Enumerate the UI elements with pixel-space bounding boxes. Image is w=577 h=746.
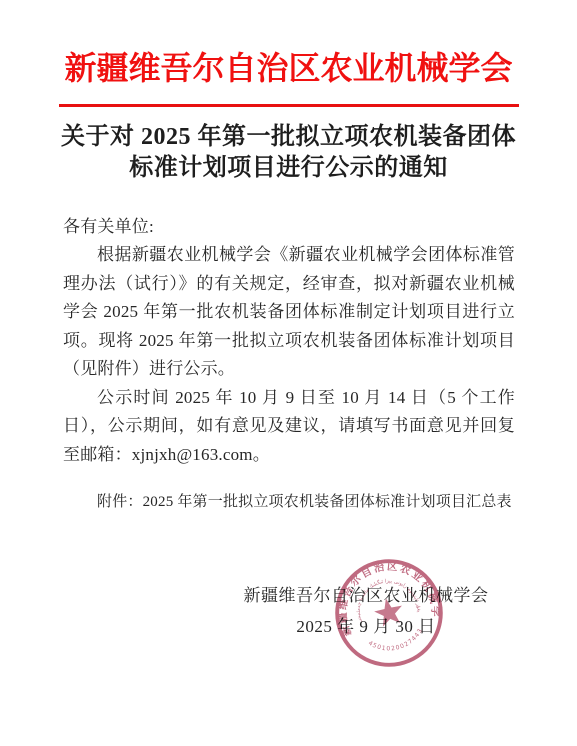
official-seal-stamp: 新疆维吾尔自治区农业机械学会 شىنجاڭ ئۇيغۇر ئاپتونوم را… (323, 547, 456, 680)
notice-body: 各有关单位: 根据新疆农业机械学会《新疆农业机械学会团体标准管理办法（试行）》的… (63, 213, 515, 470)
letterhead-rule (59, 104, 519, 107)
scanned-notice-page: { "document": { "letterhead": "新疆维吾尔自治区农… (0, 0, 577, 746)
salutation: 各有关单位: (63, 213, 515, 242)
body-paragraph-2: 公示时间 2025 年 10 月 9 日至 10 月 14 日（5 个工作日），… (63, 384, 515, 470)
body-paragraph-1: 根据新疆农业机械学会《新疆农业机械学会团体标准管理办法（试行）》的有关规定，经审… (63, 241, 515, 384)
notice-title: 关于对 2025 年第一批拟立项农机装备团体 标准计划项目进行公示的通知 (0, 122, 577, 184)
notice-title-line2: 标准计划项目进行公示的通知 (0, 153, 577, 184)
stamp-star-icon (372, 595, 405, 627)
notice-title-line1: 关于对 2025 年第一批拟立项农机装备团体 (0, 122, 577, 153)
svg-text:4501020027443: 4501020027443 (365, 626, 427, 658)
attachment-line: 附件：2025 年第一批拟立项农机装备团体标准计划项目汇总表 (97, 491, 522, 513)
stamp-serial-number: 4501020027443 (365, 626, 427, 658)
letterhead-title: 新疆维吾尔自治区农业机械学会 (0, 0, 577, 87)
